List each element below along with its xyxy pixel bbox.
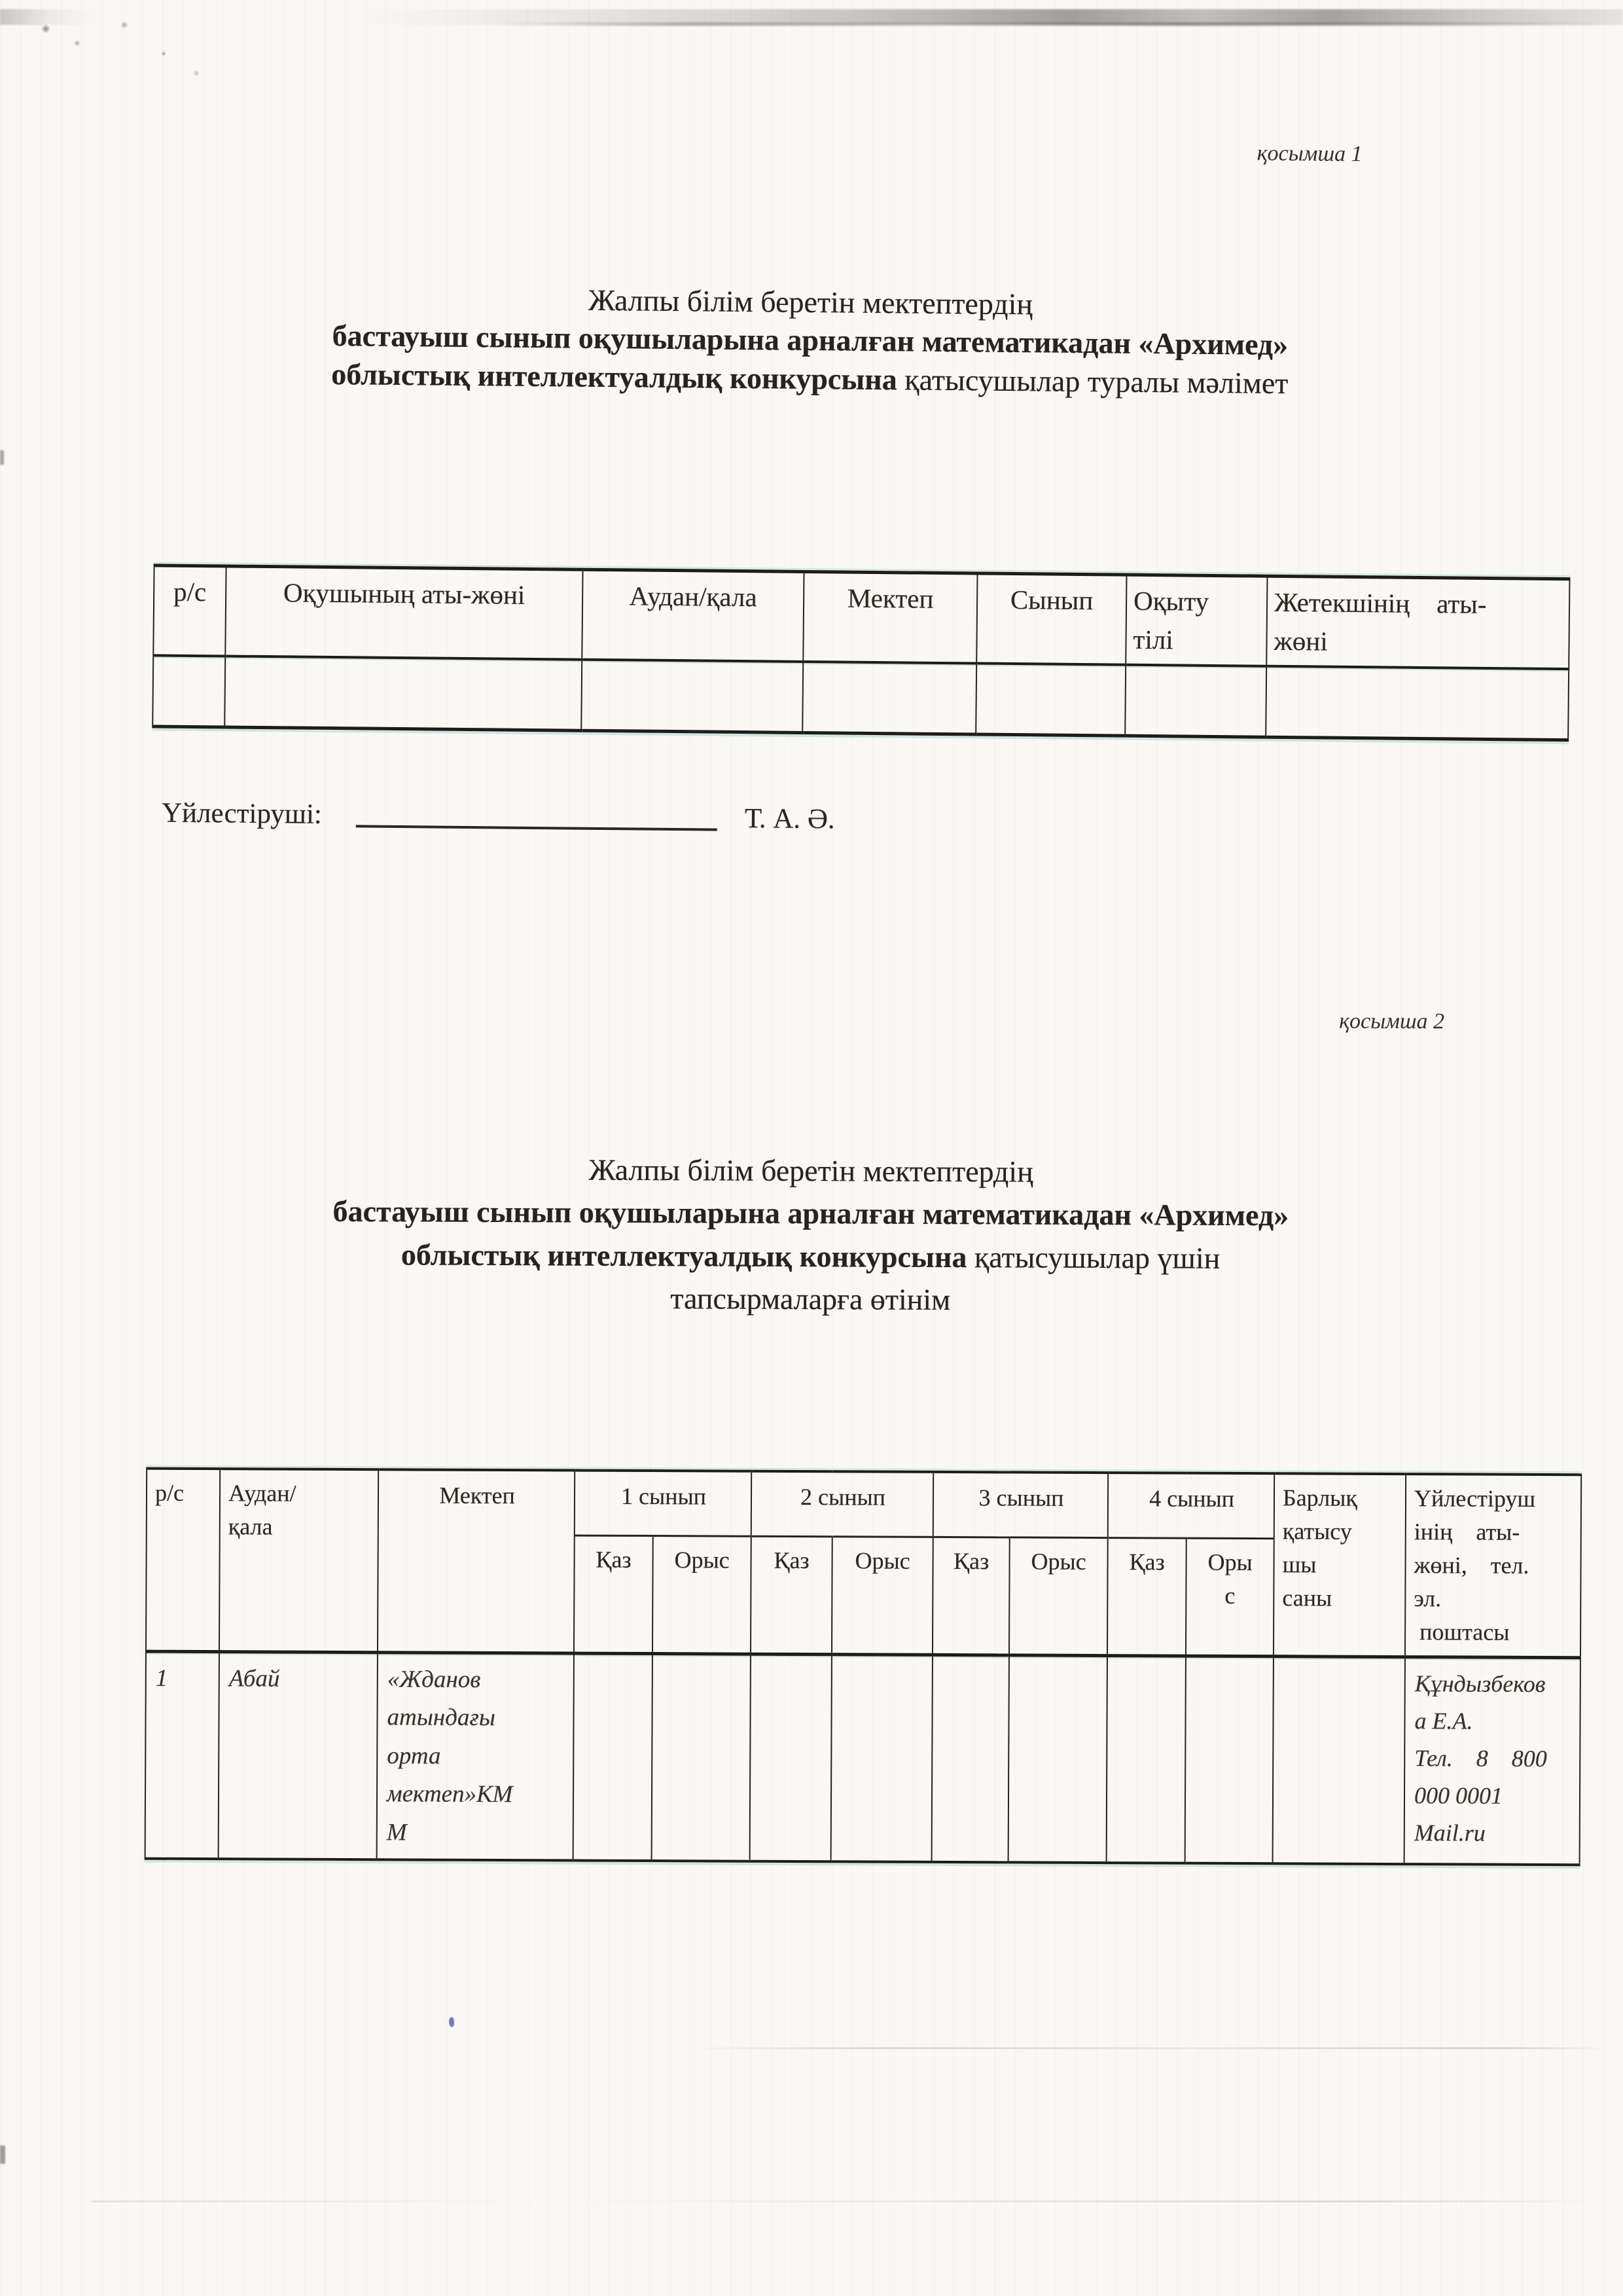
header-cell-language: Оқыту тілі bbox=[1126, 575, 1267, 666]
cell-grade2-kazakh bbox=[750, 1654, 832, 1861]
application-form-title: Жалпы білім беретін мектептердің бастауы… bbox=[0, 1146, 1622, 1324]
header-cell-school: Мектеп bbox=[378, 1469, 575, 1653]
cell-num: 1 bbox=[145, 1651, 219, 1859]
table-header-group-row: р/с Аудан/ қала Мектеп 1 сынып 2 сынып 3… bbox=[147, 1469, 1581, 1540]
header-cell-school: Мектеп bbox=[803, 571, 977, 663]
title-regular-segment: қатысушылар туралы мәлімет bbox=[897, 363, 1289, 400]
title-bold-segment: облыстық интеллектуалдық конкурсына bbox=[331, 357, 897, 396]
cell-school: «Жданов атындағы орта мектеп»КМ М bbox=[377, 1653, 574, 1861]
header-cell-grade2-kazakh: Қаз bbox=[751, 1536, 832, 1655]
header-cell-grade4-kazakh: Қаз bbox=[1107, 1538, 1186, 1657]
applications-table: р/с Аудан/ қала Мектеп 1 сынып 2 сынып 3… bbox=[145, 1467, 1582, 1867]
scan-artifact-top-band bbox=[0, 9, 1623, 25]
header-cell-student: Оқушының аты-жөні bbox=[225, 566, 582, 660]
header-cell-grade1-kazakh: Қаз bbox=[574, 1535, 653, 1654]
cell-grade4-russian bbox=[1185, 1656, 1274, 1863]
header-cell-grade3-russian: Орыс bbox=[1009, 1537, 1108, 1656]
cell-language bbox=[1125, 665, 1266, 738]
header-cell-grade-3-group: 3 сынып bbox=[933, 1472, 1108, 1538]
scan-artifact-edge-tick bbox=[0, 2145, 5, 2164]
signature-blank-line bbox=[356, 818, 717, 831]
header-cell-district: Аудан/ қала bbox=[219, 1469, 378, 1653]
table-header-row: р/с Оқушының аты-жөні Аудан/қала Мектеп … bbox=[153, 565, 1569, 669]
scanned-page: қосымша 1 Жалпы білім беретін мектептерд… bbox=[0, 0, 1623, 2296]
title-bold-segment: бастауыш сынып оқушыларына арналған мате… bbox=[332, 1194, 1289, 1232]
appendix-2-label: қосымша 2 bbox=[1339, 1009, 1444, 1035]
cell-grade1-russian bbox=[652, 1654, 751, 1861]
header-cell-grade-2-group: 2 сынып bbox=[751, 1471, 933, 1537]
participants-form-title: Жалпы білім беретін мектептердің бастауы… bbox=[0, 276, 1622, 406]
appendix-2-section: қосымша 2 Жалпы білім беретін мектептерд… bbox=[5, 0, 1623, 7]
cell-grade1-kazakh bbox=[573, 1653, 652, 1861]
scan-artifact-corner-speckles bbox=[26, 10, 236, 89]
title-line: бастауыш сынып оқушыларына арналған мате… bbox=[0, 1189, 1622, 1238]
cell-teacher bbox=[1266, 666, 1569, 740]
cell-grade2-russian bbox=[831, 1655, 933, 1862]
coordinator-name: Т. А. Ә. bbox=[745, 803, 835, 834]
coordinator-label: Үйлестіруші: bbox=[162, 798, 322, 830]
header-cell-teacher: Жетекшінің аты- жөні bbox=[1266, 576, 1569, 669]
appendix-1-section: қосымша 1 Жалпы білім беретін мектептерд… bbox=[2, 0, 1623, 14]
cell-grade4-kazakh bbox=[1107, 1656, 1186, 1863]
title-bold-segment: облыстық интеллектуалдық конкурсына bbox=[401, 1238, 967, 1274]
header-cell-grade-1-group: 1 сынып bbox=[575, 1471, 751, 1537]
header-cell-district: Аудан/қала bbox=[582, 569, 804, 662]
header-cell-num: р/с bbox=[153, 565, 226, 656]
cell-student bbox=[224, 656, 582, 730]
header-cell-grade-4-group: 4 сынып bbox=[1108, 1473, 1274, 1539]
participants-table: р/с Оқушының аты-жөні Аудан/қала Мектеп … bbox=[152, 564, 1570, 742]
header-cell-grade3-kazakh: Қаз bbox=[933, 1537, 1010, 1655]
cell-total bbox=[1273, 1657, 1405, 1865]
cell-coordinator-contact: Құндызбеков а Е.А. Тел. 8 800 000 0001 M… bbox=[1404, 1657, 1580, 1865]
header-cell-total-participants: Барлық қатысу шы саны bbox=[1274, 1473, 1406, 1657]
cell-grade bbox=[976, 663, 1126, 736]
header-cell-num: р/с bbox=[146, 1469, 220, 1652]
scan-artifact-top-line bbox=[497, 22, 1610, 26]
header-cell-grade1-russian: Орыс bbox=[652, 1536, 751, 1655]
header-cell-grade2-russian: Орыс bbox=[832, 1537, 933, 1655]
title-line: тапсырмаларға өтінім bbox=[0, 1274, 1622, 1324]
cell-grade3-russian bbox=[1008, 1655, 1107, 1863]
table-row bbox=[152, 655, 1569, 740]
coordinator-signature-line: Үйлестіруші:Т. А. Ә. bbox=[162, 797, 835, 836]
scan-artifact-streak bbox=[681, 2047, 1610, 2049]
scan-artifact-ink-dot bbox=[449, 2017, 454, 2027]
title-line: облыстық интеллектуалдық конкурсына қаты… bbox=[0, 1231, 1622, 1281]
title-bold-segment: бастауыш сынып оқушыларына арналған мате… bbox=[332, 319, 1288, 361]
header-cell-grade4-russian: Оры с bbox=[1186, 1538, 1274, 1657]
table-row: 1 Абай «Жданов атындағы орта мектеп»КМ М… bbox=[145, 1651, 1580, 1865]
cell-num bbox=[152, 655, 225, 727]
title-regular-segment: қатысушылар үшін bbox=[967, 1240, 1220, 1275]
header-cell-grade: Сынып bbox=[976, 573, 1126, 665]
cell-school bbox=[802, 662, 976, 734]
appendix-1-label: қосымша 1 bbox=[1257, 141, 1363, 168]
header-cell-coordinator-contact: Үйлестіруш інің аты- жөні, тел. эл. пошт… bbox=[1405, 1474, 1581, 1658]
scan-artifact-streak bbox=[92, 2200, 1603, 2202]
cell-district: Абай bbox=[219, 1652, 378, 1860]
title-line: Жалпы білім беретін мектептердің bbox=[0, 1146, 1622, 1196]
cell-grade3-kazakh bbox=[932, 1655, 1009, 1862]
cell-district bbox=[581, 660, 803, 733]
scan-artifact-edge-tick bbox=[0, 450, 4, 465]
